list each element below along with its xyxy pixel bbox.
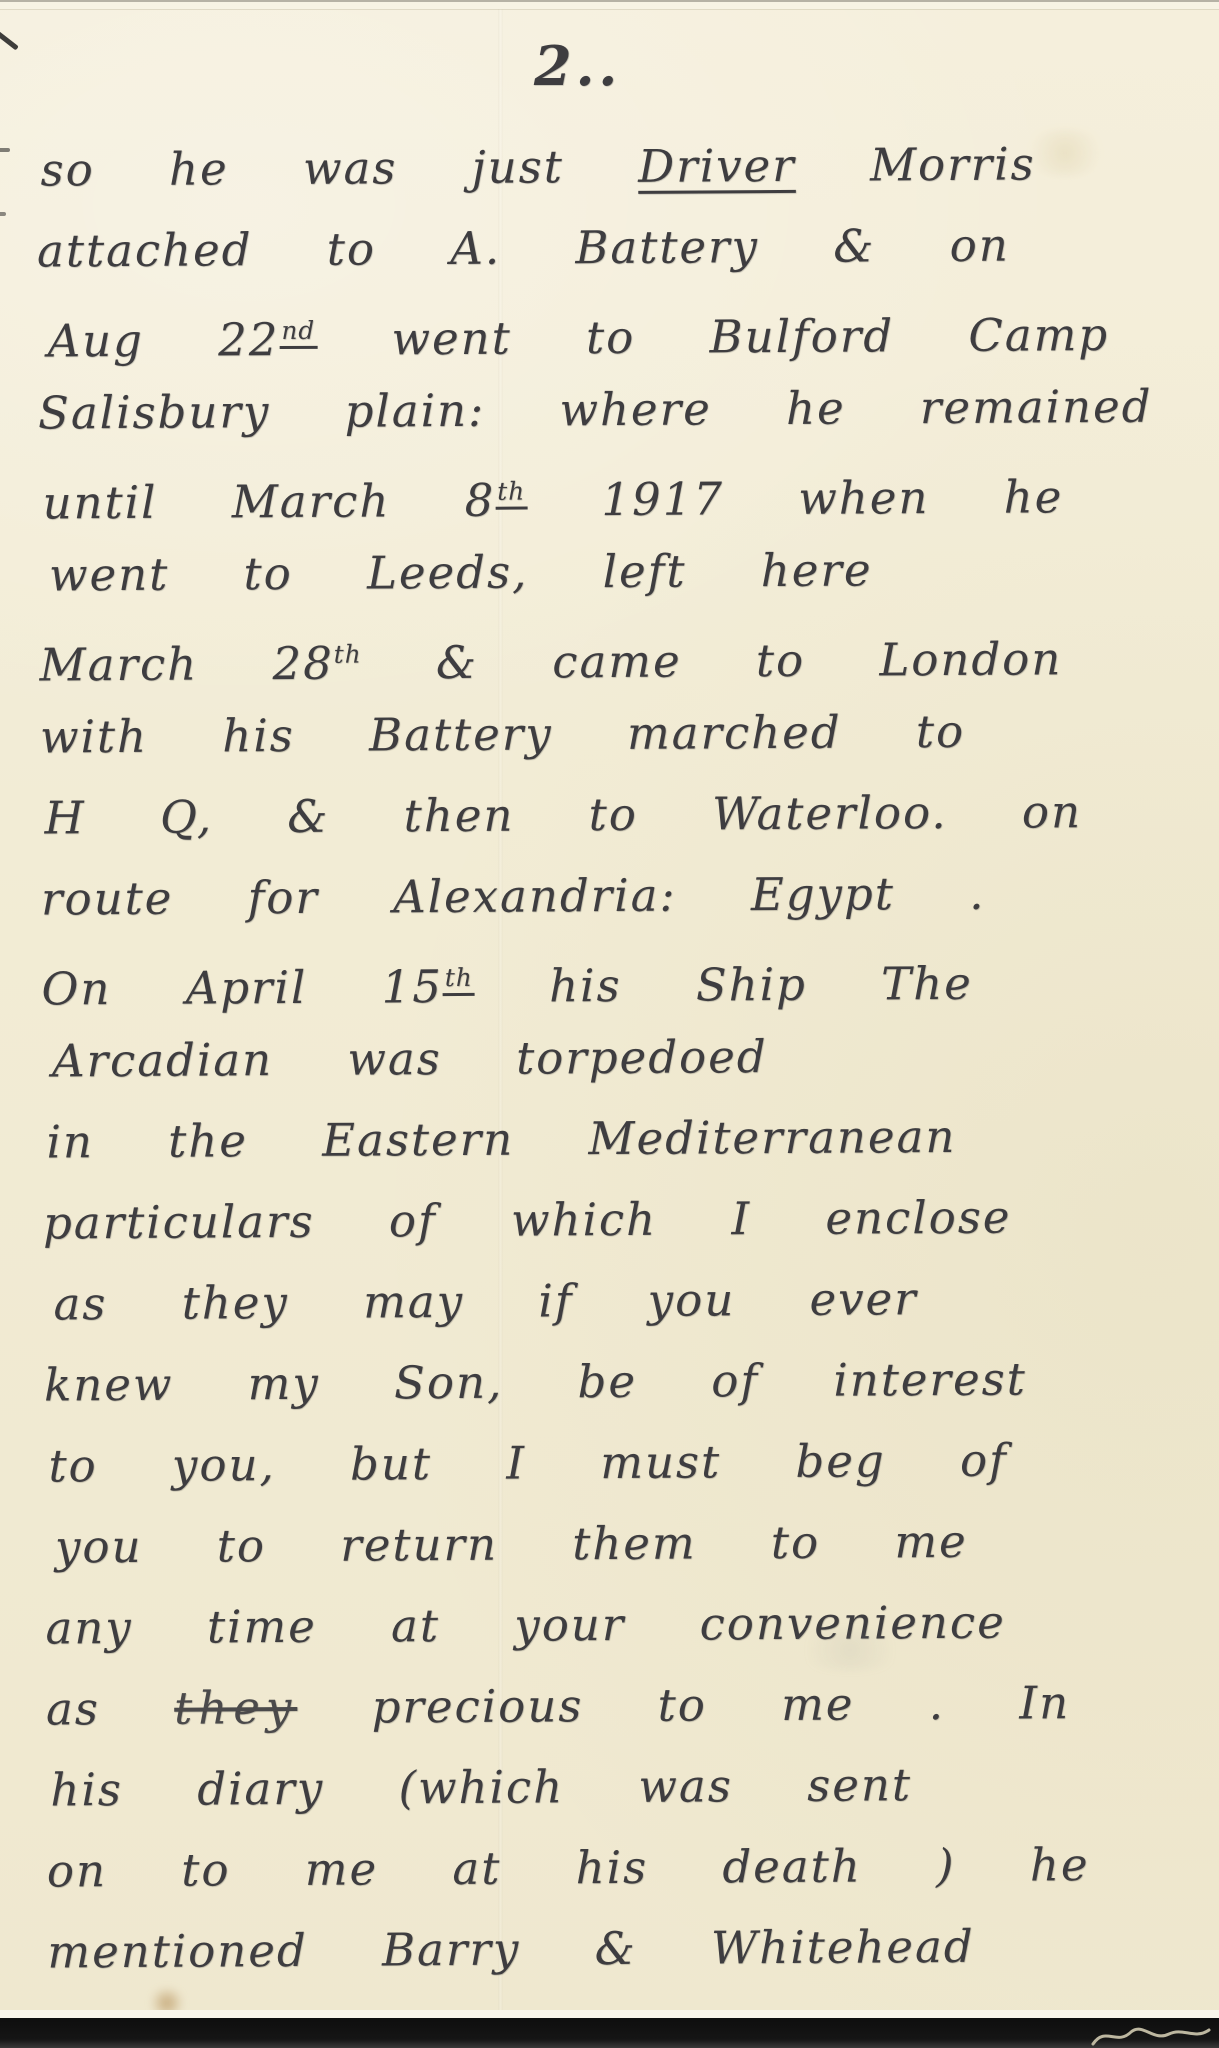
letter-text-segment: 1917 when he [527, 470, 1063, 526]
letter-line: to you, but I must beg of [44, 1418, 1195, 1506]
letter-line: any time at your convenience [45, 1580, 1196, 1668]
letter-text-segment: th [443, 963, 475, 996]
letter-text-segment: his Ship The [475, 957, 973, 1013]
scan-edge-artifact [0, 148, 10, 152]
letter-text-segment: any time at your convenience [45, 1596, 1006, 1655]
letter-text-segment: mentioned Barry & Whitehead [47, 1920, 974, 1979]
letter-line: you to return them to me [45, 1499, 1196, 1587]
letter-text-segment: precious to me . In [297, 1676, 1070, 1734]
letter-text-segment: particulars of which I enclose [43, 1191, 1012, 1250]
letter-text-segment: in the Eastern Mediterranean [46, 1110, 956, 1169]
letter-text-segment: nd [279, 316, 317, 349]
letter-text-segment: you to return them to me [55, 1515, 968, 1574]
scan-edge-artifact [0, 212, 6, 216]
letter-text-segment: with his Battery marched to [40, 705, 965, 764]
letter-text-segment: as they may if you ever [53, 1272, 918, 1330]
letter-line: his diary (which was sent [46, 1742, 1197, 1830]
letter-line: knew my Son, be of interest [44, 1337, 1195, 1425]
letter-line: Arcadian was torpedoed [42, 1013, 1193, 1101]
letter-text-segment: Driver [638, 139, 796, 193]
letter-line: H Q, & then to Waterloo. on [40, 770, 1191, 858]
letter-line: so he was just Driver Morris [36, 123, 1187, 211]
scan-top-edge [0, 0, 1219, 9]
letter-text-segment: March 28 [39, 637, 333, 692]
letter-text-segment: Aug 22 [47, 313, 279, 367]
letter-line: On April 15th his Ship The [41, 932, 1192, 1020]
letter-line: as they may if you ever [43, 1256, 1194, 1344]
scan-edge-artifact [0, 31, 19, 51]
letter-line: Aug 22nd went to Bulford Camp [37, 284, 1188, 372]
letter-line: attached to A. Battery & on [37, 204, 1188, 292]
letter-line: particulars of which I enclose [43, 1175, 1194, 1263]
letter-text-segment: went to Leeds, left here [49, 543, 873, 601]
letter-line: on to me at his death ) he [47, 1823, 1198, 1911]
scan-bottom-band [0, 2018, 1219, 2048]
letter-body: so he was just Driver Morrisattached to … [36, 123, 1198, 1993]
letter-line: Salisbury plain: where he remained [38, 365, 1189, 453]
letter-text-segment: H Q, & then to Waterloo. on [44, 785, 1082, 844]
letter-line: until March 8th 1917 when he [38, 446, 1189, 534]
letter-text-segment: Morris [796, 137, 1036, 191]
letter-text-segment: Arcadian was torpedoed [52, 1030, 768, 1087]
letter-line: March 28th & came to London [39, 608, 1190, 696]
letter-line: with his Battery marched to [40, 689, 1191, 777]
letter-text-segment: attached to A. Battery & on [37, 219, 1010, 278]
letter-line: route for Alexandria: Egypt . [41, 851, 1192, 939]
letter-text-segment: th [334, 640, 362, 669]
letter-line: in the Eastern Mediterranean [42, 1094, 1193, 1182]
letter-line: mentioned Barry & Whitehead [47, 1904, 1198, 1992]
letter-text-segment: th [495, 477, 527, 510]
letter-text-segment: route for Alexandria: Egypt . [41, 867, 986, 926]
letter-text-segment: until March 8 [42, 474, 495, 530]
letter-text-segment: On April 15 [41, 960, 443, 1015]
letter-text-segment: knew my Son, be of interest [44, 1353, 1027, 1412]
letter-line: went to Leeds, left here [39, 527, 1190, 615]
letter-line: as they precious to me . In [46, 1661, 1197, 1749]
letter-text-segment: went to Bulford Camp [317, 308, 1109, 366]
letter-text-segment: & came to London [361, 632, 1062, 689]
letter-text-segment: they [174, 1681, 297, 1735]
letter-text-segment: so he was just [40, 140, 638, 197]
page-number: 2.. [534, 34, 621, 98]
letter-text-segment: as [46, 1682, 175, 1736]
letter-text-segment: on to me at his death ) he [47, 1838, 1090, 1897]
letter-text-segment: to you, but I must beg of [48, 1434, 1008, 1493]
letter-text-segment: Salisbury plain: where he remained [38, 380, 1153, 440]
letter-text-segment: his diary (which was sent [50, 1758, 912, 1816]
next-page-pen-stroke [1091, 2022, 1211, 2048]
